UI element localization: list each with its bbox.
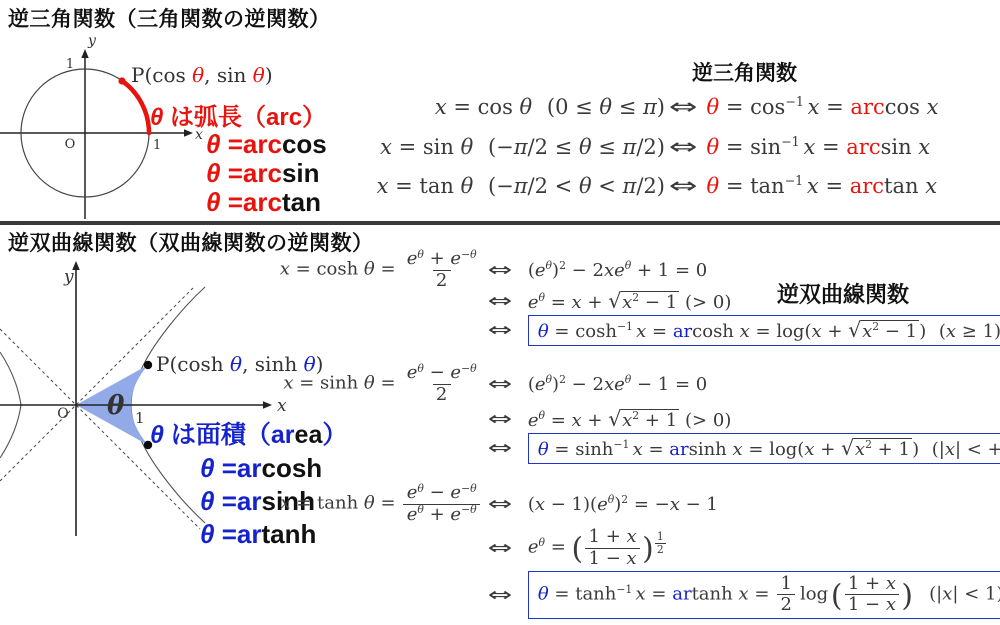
arc-highlight [122,81,149,133]
sin-rhs: θ = sin−1x = arcsin x [706,135,930,159]
iff-arrow: ⇔ [488,437,513,459]
tick-one-right: 1 [153,138,161,153]
tanh-exp-row: ⇔ eθ = (1 + x1 − x)12 [340,524,667,572]
asymptote-positive [0,288,193,481]
equation-row-sin: x = sin θ(−π/2 ≤ θ ≤ π/2) ⇔ θ = sin−1x =… [355,128,930,166]
point-p-dot [118,77,125,84]
tanh-lhs: x = tanh θ = eθ − e−θeθ + e−θ [280,483,482,524]
arc-length-note: θ は弧長（arc） [150,97,326,132]
y-axis-arrowhead [81,49,88,58]
iff-arrow: ⇔ [488,408,513,430]
cosh-result-row: ⇔ θ = cosh−1x = arcosh x = log(x + √x2 −… [340,310,1000,350]
origin-label: O [65,137,76,152]
cos-lhs: x = cos θ(0 ≤ θ ≤ π) [435,95,665,119]
iff-arrow: ⇔ [488,537,513,559]
iff-arrow: ⇔ [488,373,513,395]
iff-arrow: ⇔ [488,584,513,606]
area-note: θ は面積（area） [150,415,347,451]
arsinh-boxed-formula: θ = sinh−1x = arsinh x = log(x + √x2 + 1… [528,433,1000,464]
def-arctan: θ =arctan [206,188,327,217]
y-axis-label: y [63,267,74,287]
iff-arrow: ⇔ [669,135,698,160]
sector-theta-label: θ [107,391,125,421]
tanh-quadratic: (x − 1)(eθ)2 = −x − 1 [528,494,718,515]
iff-arrow: ⇔ [488,319,513,341]
y-axis-label: y [87,33,97,49]
def-arcsin: θ =arcsin [206,159,327,188]
math-lesson-page: 逆三角関数（三角関数の逆関数） y x 1 O 1 P(cos θ, sin θ… [0,0,1000,625]
tanh-exp-solution: eθ = (1 + x1 − x)12 [528,527,667,568]
section-divider [0,221,1000,225]
heading-inverse-trig: 逆三角関数 [692,57,797,87]
equation-row-tan: x = tan θ(−π/2 < θ < π/2) ⇔ θ = tan−1x =… [355,167,937,205]
x-axis-arrowhead [263,401,272,409]
point-p-dot [144,361,152,369]
arcosh-boxed-formula: θ = cosh−1x = arcosh x = log(x + √x2 − 1… [528,315,1000,346]
iff-arrow: ⇔ [488,493,513,515]
tan-lhs: x = tan θ(−π/2 < θ < π/2) [377,174,665,198]
iff-arrow: ⇔ [669,95,698,120]
artanh-boxed-formula: θ = tanh−1x = artanh x = 12log(1 + x1 − … [528,571,1000,619]
iff-arrow: ⇔ [488,259,513,281]
arc-definitions: θ =arccos θ =arcsin θ =arctan [206,130,327,217]
def-arccos: θ =arccos [206,130,327,159]
point-p-label: P(cos θ, sin θ) [131,63,273,87]
cos-rhs: θ = cos−1x = arccos x [706,95,938,119]
tick-one-top: 1 [66,57,74,72]
cosh-quadratic: (eθ)2 − 2xeθ + 1 = 0 [528,260,707,281]
tick-one: 1 [135,409,145,427]
origin-label: O [57,406,68,422]
tan-rhs: θ = tan−1x = arctan x [706,174,937,198]
def-arcosh: θ =arcosh [200,452,322,485]
tanh-result-row: ⇔ θ = tanh−1x = artanh x = 12log(1 + x1 … [340,568,1000,622]
sinh-lhs: x = sinh θ = eθ − e−θ2 [283,363,482,404]
sinh-quadratic: (eθ)2 − 2xeθ − 1 = 0 [528,374,707,395]
cosh-lhs: x = cosh θ = eθ + e−θ2 [280,249,482,290]
heading-inverse-hyperbolic: 逆双曲線関数 [777,278,909,309]
iff-arrow: ⇔ [488,290,513,312]
iff-arrow: ⇔ [669,174,698,199]
equation-row-cos: x = cos θ(0 ≤ θ ≤ π) ⇔ θ = cos−1x = arcc… [355,88,938,126]
sin-lhs: x = sin θ(−π/2 ≤ θ ≤ π/2) [380,135,665,159]
sinh-result-row: ⇔ θ = sinh−1x = arsinh x = log(x + √x2 +… [340,428,1000,468]
